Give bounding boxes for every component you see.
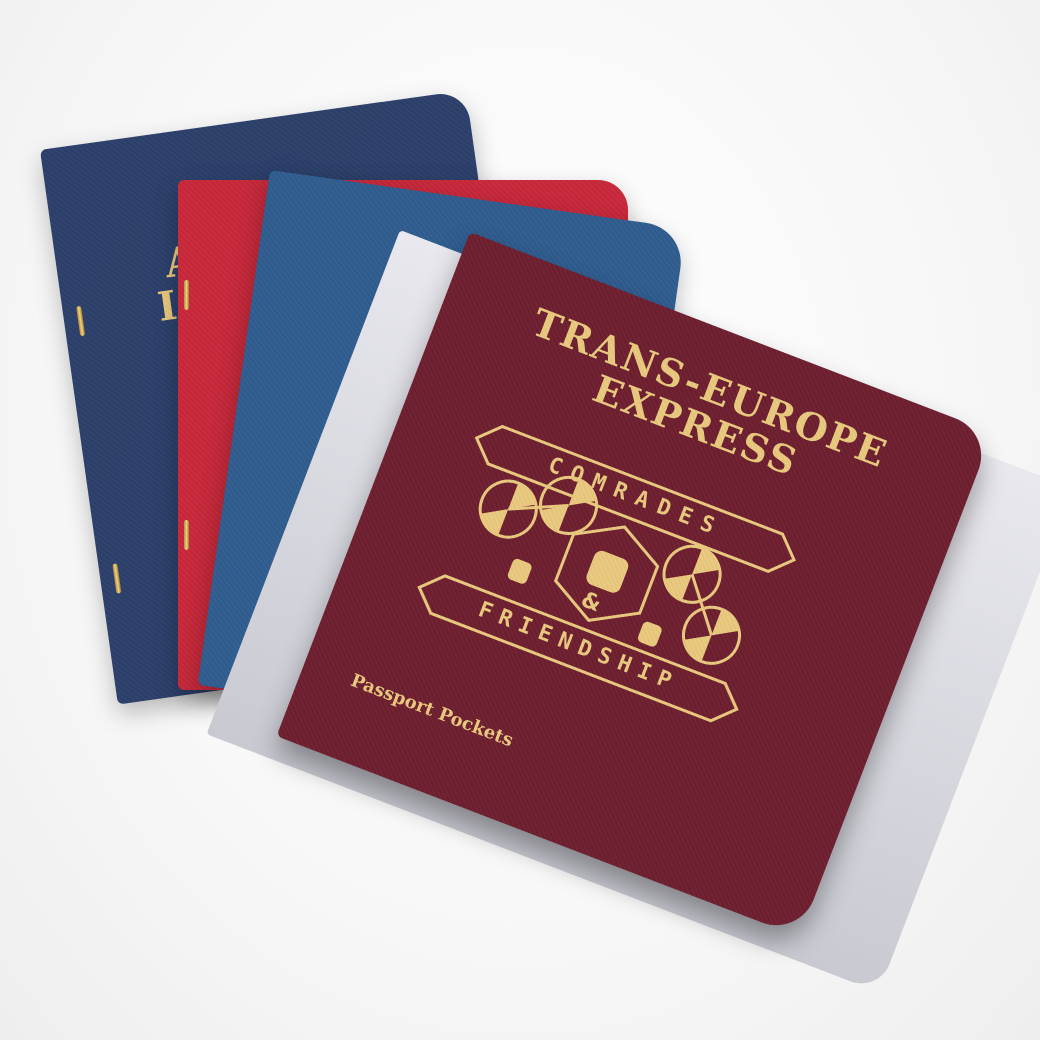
- staple: [184, 520, 189, 550]
- product-photo: A IN CH C BO TE: [0, 0, 1040, 1040]
- staple: [76, 306, 85, 336]
- staple: [112, 563, 121, 593]
- staple: [184, 280, 189, 310]
- brand-footer: Passport Pockets: [348, 670, 516, 751]
